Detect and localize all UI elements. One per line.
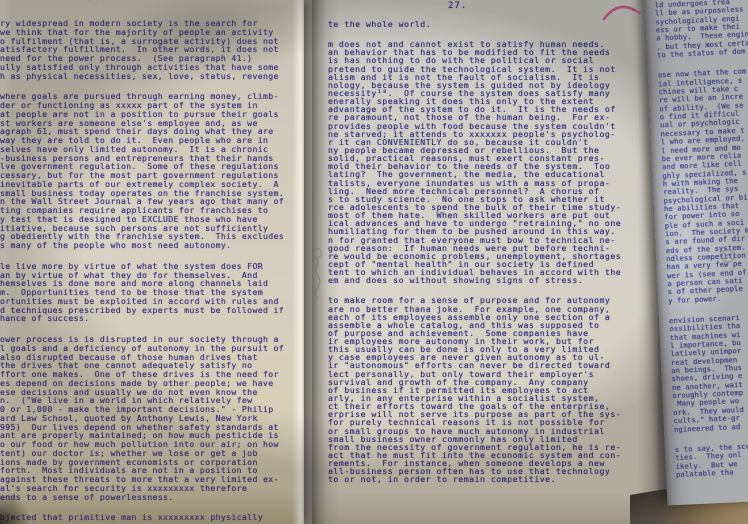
typed-line bbox=[0, 250, 284, 262]
typed-line: h as physical necessities, sex, love, st… bbox=[0, 72, 284, 81]
photograph-of-typewritten-pages: 26. ry widespread in modern society is t… bbox=[0, 0, 748, 524]
right-page: ld undergoes treall be as purposelesssyc… bbox=[644, 0, 748, 505]
left-page: 26. ry widespread in modern society is t… bbox=[0, 0, 304, 524]
left-page-number-partial: 26. bbox=[88, 0, 107, 3]
typed-line: ends to a sense of powerlessness. bbox=[0, 493, 284, 502]
typed-line: hance of success. bbox=[0, 314, 284, 323]
middle-page-number: 27. bbox=[448, 1, 467, 11]
bottom-left-shadow bbox=[0, 490, 30, 524]
right-page-text: ld undergoes treall be as purposelesssyc… bbox=[655, 0, 748, 479]
typed-line: em and does so without showing signs of … bbox=[328, 276, 621, 284]
typed-line: palatable tha bbox=[676, 467, 748, 480]
typed-line: s many of the people who most need auton… bbox=[0, 241, 284, 250]
typed-line: te the whole world. bbox=[328, 20, 621, 28]
left-page-text: ry widespread in modern society is the s… bbox=[0, 19, 284, 522]
typed-line: bjected that primitive man is xxxxxxxxx … bbox=[0, 513, 284, 522]
typed-line: to or not, in order to remain competitiv… bbox=[328, 475, 621, 483]
middle-page-text: te the whole world.m does not and cannot… bbox=[328, 20, 621, 484]
middle-page: 27. te the whole world.m does not and ca… bbox=[312, 0, 658, 524]
